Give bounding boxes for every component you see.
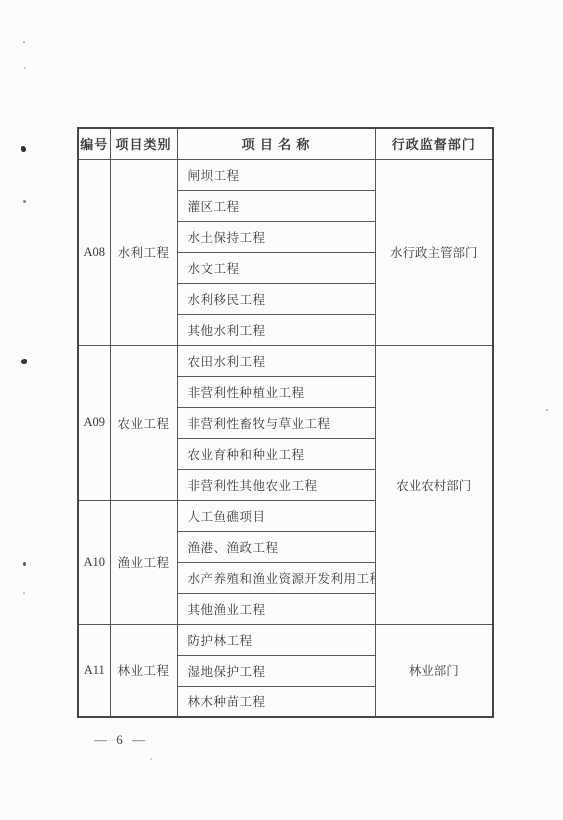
project-name-cell: 农业育种和种业工程 bbox=[177, 438, 375, 469]
category-cell: 水利工程 bbox=[110, 159, 177, 345]
scan-speck bbox=[150, 758, 152, 760]
project-name-cell: 人工鱼礁项目 bbox=[177, 500, 375, 531]
category-cell: 农业工程 bbox=[110, 345, 177, 500]
department-cell: 林业部门 bbox=[375, 624, 493, 717]
header-code: 编号 bbox=[78, 128, 110, 159]
header-department: 行政监督部门 bbox=[375, 128, 493, 159]
scan-speck bbox=[23, 41, 25, 43]
table-header-row: 编号 项目类别 项 目 名 称 行政监督部门 bbox=[78, 128, 493, 159]
project-name-cell: 非营利性种植业工程 bbox=[177, 376, 375, 407]
scan-speck bbox=[21, 359, 27, 364]
code-cell: A09 bbox=[78, 345, 110, 500]
scanned-page: 编号 项目类别 项 目 名 称 行政监督部门 A08 水利工程 闸坝工程 水行政… bbox=[0, 0, 563, 820]
project-name-cell: 其他水利工程 bbox=[177, 314, 375, 345]
scan-speck bbox=[23, 592, 25, 594]
category-cell: 渔业工程 bbox=[110, 500, 177, 624]
project-name-cell: 水产养殖和渔业资源开发利用工程 bbox=[177, 562, 375, 593]
table-row: A08 水利工程 闸坝工程 水行政主管部门 bbox=[78, 159, 493, 190]
project-name-cell: 水土保持工程 bbox=[177, 221, 375, 252]
scan-speck bbox=[546, 409, 548, 411]
project-name-cell: 非营利性畜牧与草业工程 bbox=[177, 407, 375, 438]
project-name-cell: 水文工程 bbox=[177, 252, 375, 283]
project-name-cell: 非营利性其他农业工程 bbox=[177, 469, 375, 500]
project-name-cell: 水利移民工程 bbox=[177, 283, 375, 314]
code-cell: A10 bbox=[78, 500, 110, 624]
code-cell: A11 bbox=[78, 624, 110, 717]
department-cell: 农业农村部门 bbox=[375, 345, 493, 624]
project-name-cell: 渔港、渔政工程 bbox=[177, 531, 375, 562]
project-category-table: 编号 项目类别 项 目 名 称 行政监督部门 A08 水利工程 闸坝工程 水行政… bbox=[77, 127, 494, 718]
project-name-cell: 湿地保护工程 bbox=[177, 655, 375, 686]
scan-speck bbox=[23, 562, 26, 566]
header-project-name: 项 目 名 称 bbox=[177, 128, 375, 159]
project-name-cell: 林木种苗工程 bbox=[177, 686, 375, 717]
project-name-cell: 灌区工程 bbox=[177, 190, 375, 221]
scan-speck bbox=[23, 200, 26, 203]
scan-speck bbox=[21, 146, 26, 152]
department-cell: 水行政主管部门 bbox=[375, 159, 493, 345]
code-cell: A08 bbox=[78, 159, 110, 345]
page-number: — 6 — bbox=[94, 732, 148, 748]
table-row: A11 林业工程 防护林工程 林业部门 bbox=[78, 624, 493, 655]
header-category: 项目类别 bbox=[110, 128, 177, 159]
scan-speck bbox=[24, 67, 26, 69]
table-row: A09 农业工程 农田水利工程 农业农村部门 bbox=[78, 345, 493, 376]
project-name-cell: 闸坝工程 bbox=[177, 159, 375, 190]
project-name-cell: 防护林工程 bbox=[177, 624, 375, 655]
project-name-cell: 农田水利工程 bbox=[177, 345, 375, 376]
category-cell: 林业工程 bbox=[110, 624, 177, 717]
project-name-cell: 其他渔业工程 bbox=[177, 593, 375, 624]
